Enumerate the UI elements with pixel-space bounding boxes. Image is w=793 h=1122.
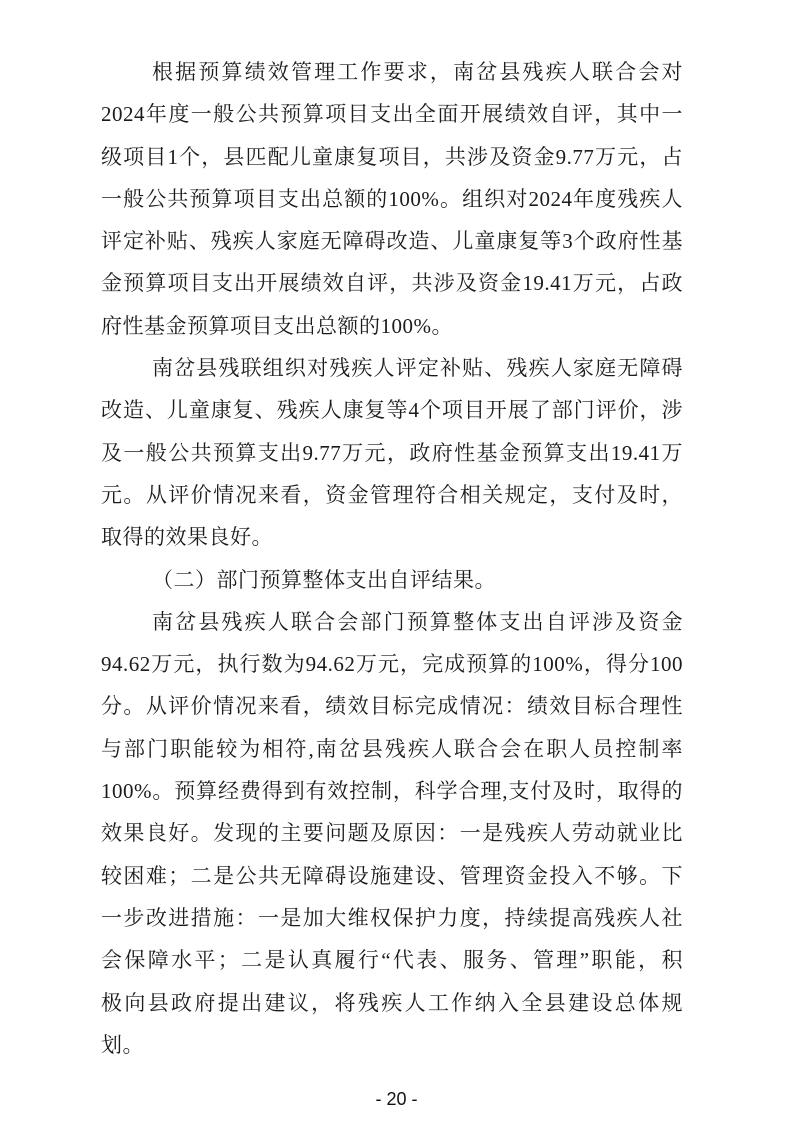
text-line: 94.62万元，执行数为94.62万元，完成预算的100%，得分100 xyxy=(101,643,683,685)
text-line: 划。 xyxy=(101,1024,683,1066)
paragraph: 根据预算绩效管理工作要求，南岔县残疾人联合会对 2024年度一般公共预算项目支出… xyxy=(101,51,683,347)
text-line: 一步改进措施：一是加大维权保护力度，持续提高残疾人社 xyxy=(101,897,683,939)
text-line: 级项目1个，县匹配儿童康复项目，共涉及资金9.77万元，占 xyxy=(101,136,683,178)
text-line: 根据预算绩效管理工作要求，南岔县残疾人联合会对 xyxy=(101,51,683,93)
text-line: 较困难；二是公共无障碍设施建设、管理资金投入不够。下 xyxy=(101,855,683,897)
text-line: 会保障水平；二是认真履行“代表、服务、管理”职能，积 xyxy=(101,939,683,981)
page-number: - 20 - xyxy=(0,1088,793,1110)
text-line: 与部门职能较为相符,南岔县残疾人联合会在职人员控制率 xyxy=(101,728,683,770)
paragraph: 南岔县残联组织对残疾人评定补贴、残疾人家庭无障碍 改造、儿童康复、残疾人康复等4… xyxy=(101,347,683,558)
text-line: 及一般公共预算支出9.77万元，政府性基金预算支出19.41万 xyxy=(101,432,683,474)
text-line: 府性基金预算项目支出总额的100%。 xyxy=(101,305,683,347)
text-line: 效果良好。发现的主要问题及原因：一是残疾人劳动就业比 xyxy=(101,812,683,854)
text-line: 极向县政府提出建议，将残疾人工作纳入全县建设总体规 xyxy=(101,982,683,1024)
document-page: 根据预算绩效管理工作要求，南岔县残疾人联合会对 2024年度一般公共预算项目支出… xyxy=(0,0,793,1122)
text-line: 元。从评价情况来看，资金管理符合相关规定，支付及时， xyxy=(101,474,683,516)
text-line: 分。从评价情况来看，绩效目标完成情况：绩效目标合理性 xyxy=(101,685,683,727)
text-line: 一般公共预算项目支出总额的100%。组织对2024年度残疾人 xyxy=(101,178,683,220)
text-line: 改造、儿童康复、残疾人康复等4个项目开展了部门评价，涉 xyxy=(101,389,683,431)
subheading-line: （二）部门预算整体支出自评结果。 xyxy=(101,559,683,601)
text-line: 南岔县残疾人联合会部门预算整体支出自评涉及资金 xyxy=(101,601,683,643)
text-line: 2024年度一般公共预算项目支出全面开展绩效自评，其中一 xyxy=(101,93,683,135)
text-line: 取得的效果良好。 xyxy=(101,516,683,558)
document-text-block: 根据预算绩效管理工作要求，南岔县残疾人联合会对 2024年度一般公共预算项目支出… xyxy=(101,51,683,1066)
text-line: 评定补贴、残疾人家庭无障碍改造、儿童康复等3个政府性基 xyxy=(101,220,683,262)
paragraph: 南岔县残疾人联合会部门预算整体支出自评涉及资金 94.62万元，执行数为94.6… xyxy=(101,601,683,1066)
text-line: 100%。预算经费得到有效控制，科学合理,支付及时，取得的 xyxy=(101,770,683,812)
text-line: 南岔县残联组织对残疾人评定补贴、残疾人家庭无障碍 xyxy=(101,347,683,389)
text-line: 金预算项目支出开展绩效自评，共涉及资金19.41万元，占政 xyxy=(101,262,683,304)
paragraph-subheading: （二）部门预算整体支出自评结果。 xyxy=(101,559,683,601)
